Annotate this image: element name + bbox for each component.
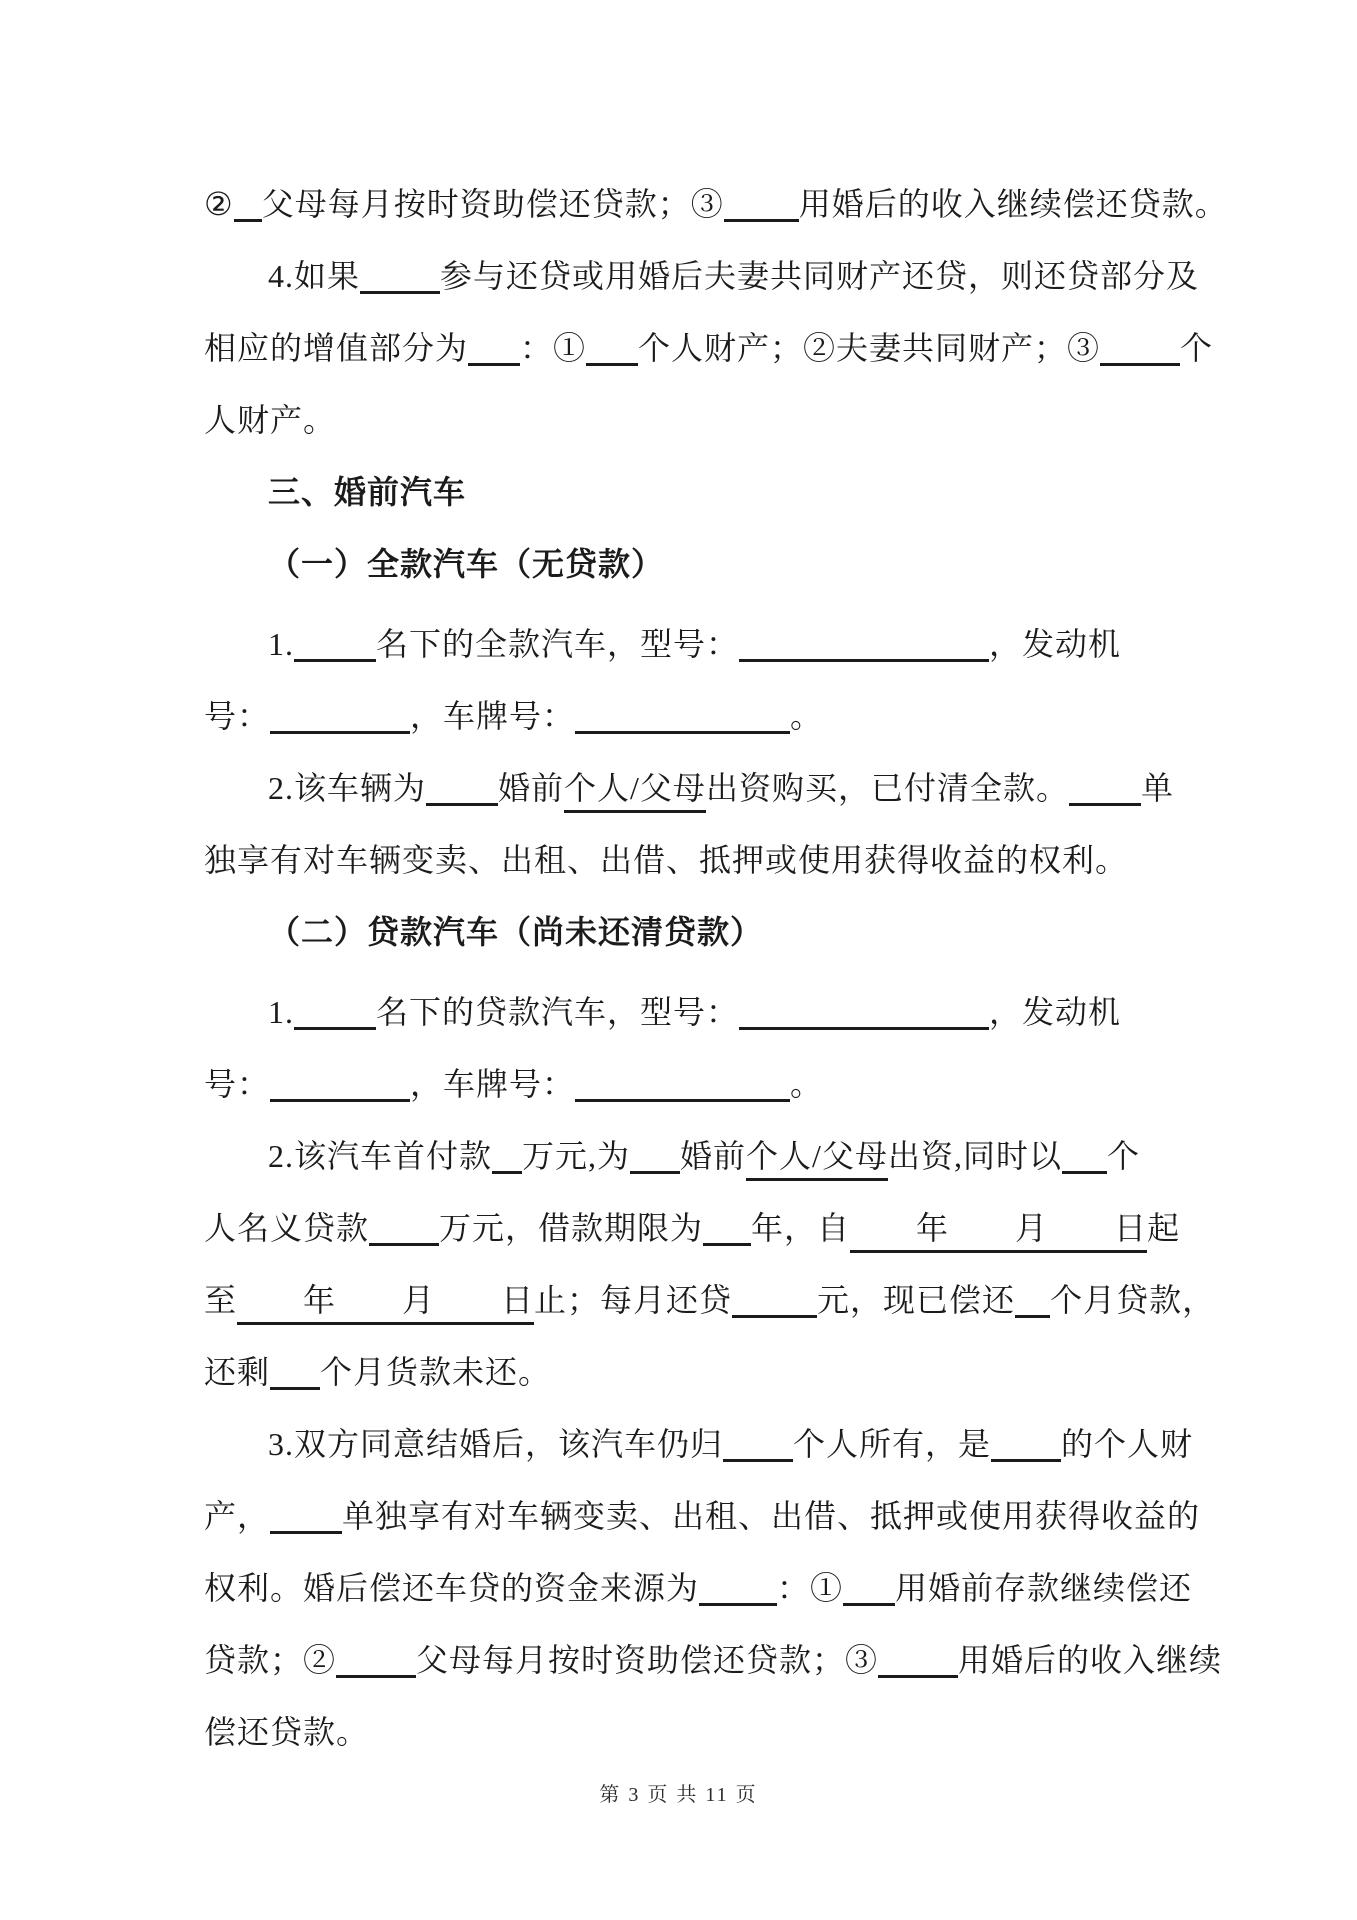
text-run: 。 [790, 698, 823, 734]
text-line: 3.双方同意结婚后，该汽车仍归个人所有，是的个人财 [204, 1408, 1164, 1480]
text-line: 产，单独享有对车辆变卖、出租、出借、抵押或使用获得收益的 [204, 1480, 1164, 1552]
text-run: 参与还贷或用婚后夫妻共同财产还贷，则还贷部分及 [440, 258, 1199, 294]
fill-in-blank[interactable] [270, 1069, 410, 1102]
fill-in-blank[interactable] [492, 1141, 522, 1174]
text-run: 独享有对车辆变卖、出租、出借、抵押或使用获得收益的权利。 [204, 842, 1128, 878]
page-footer: 第 3 页 共 11 页 [0, 1778, 1357, 1807]
fill-in-blank[interactable] [270, 1501, 342, 1534]
text-run: 父母每月按时资助偿还贷款；③ [416, 1642, 878, 1678]
text-run: 2.该车辆为 [268, 770, 426, 806]
text-run: 个 [1107, 1138, 1140, 1174]
fill-in-blank[interactable] [426, 773, 498, 806]
page-number-text: 第 3 页 共 11 页 [599, 1784, 757, 1806]
text-run: 万元,为 [522, 1138, 630, 1174]
text-run: 名下的全款汽车，型号： [376, 626, 739, 662]
text-run: 用婚后的收入继续偿还贷款。 [799, 186, 1228, 222]
text-run: 用婚后的收入继续 [958, 1642, 1222, 1678]
text-line: 2.该车辆为婚前个人/父母出资购买，已付清全款。单 [204, 752, 1164, 824]
text-run: 人财产。 [204, 402, 336, 438]
section-heading: （一）全款汽车（无贷款） [204, 528, 1164, 600]
text-line: 偿还贷款。 [204, 1696, 1164, 1768]
text-run: 4.如果 [268, 258, 360, 294]
underlined-choice: 年 月 日 [237, 1282, 534, 1325]
text-run: 元，现已偿还 [817, 1282, 1015, 1318]
text-line: 人名义贷款万元，借款期限为年，自 年 月 日起 [204, 1192, 1164, 1264]
text-run: ，车牌号： [410, 698, 575, 734]
text-line: 号：，车牌号：。 [204, 680, 1164, 752]
text-run: 单 [1141, 770, 1174, 806]
text-run: ，车牌号： [410, 1066, 575, 1102]
text-run: 至 [204, 1282, 237, 1318]
text-run: 用婚前存款继续偿还 [895, 1570, 1192, 1606]
text-line: 贷款；②父母每月按时资助偿还贷款；③用婚后的收入继续 [204, 1624, 1164, 1696]
fill-in-blank[interactable] [1069, 773, 1141, 806]
text-run: 止；每月还贷 [534, 1282, 732, 1318]
fill-in-blank[interactable] [575, 701, 790, 734]
text-run: 的个人财 [1061, 1426, 1193, 1462]
fill-in-blank[interactable] [270, 1357, 320, 1390]
underlined-choice: 个人/父母 [564, 770, 706, 813]
text-run: 贷款；② [204, 1642, 336, 1678]
text-run: 个人所有，是 [793, 1426, 991, 1462]
fill-in-blank[interactable] [991, 1429, 1061, 1462]
text-run: 1. [268, 994, 294, 1030]
text-line: 至 年 月 日止；每月还贷元，现已偿还个月贷款， [204, 1264, 1164, 1336]
fill-in-blank[interactable] [294, 997, 376, 1030]
text-run: 人名义贷款 [204, 1210, 369, 1246]
text-run: 权利。婚后偿还车贷的资金来源为 [204, 1570, 699, 1606]
fill-in-blank[interactable] [724, 189, 799, 222]
text-run: 出资购买，已付清全款。 [706, 770, 1069, 806]
section-heading: （二）贷款汽车（尚未还清贷款） [204, 896, 1164, 968]
section-heading: 三、婚前汽车 [204, 456, 1164, 528]
underlined-choice: 个人/父母 [746, 1138, 888, 1181]
text-run: （一）全款汽车（无贷款） [268, 546, 664, 582]
text-line: 1.名下的全款汽车，型号：，发动机 [204, 608, 1164, 680]
document-body: ②父母每月按时资助偿还贷款；③用婚后的收入继续偿还贷款。4.如果参与还贷或用婚后… [204, 168, 1164, 1768]
text-run: 出资,同时以 [888, 1138, 1062, 1174]
fill-in-blank[interactable] [703, 1213, 751, 1246]
text-run: 号： [204, 698, 270, 734]
text-run: 万元，借款期限为 [439, 1210, 703, 1246]
fill-in-blank[interactable] [739, 629, 989, 662]
fill-in-blank[interactable] [1015, 1285, 1050, 1318]
text-run: 单独享有对车辆变卖、出租、出借、抵押或使用获得收益的 [342, 1498, 1200, 1534]
text-run: 2.该汽车首付款 [268, 1138, 492, 1174]
fill-in-blank[interactable] [270, 701, 410, 734]
text-run: 偿还贷款。 [204, 1714, 369, 1750]
text-line: 4.如果参与还贷或用婚后夫妻共同财产还贷，则还贷部分及 [204, 240, 1164, 312]
text-run: 父母每月按时资助偿还贷款；③ [262, 186, 724, 222]
text-run: （二）贷款汽车（尚未还清贷款） [268, 914, 763, 950]
text-run: 3.双方同意结婚后，该汽车仍归 [268, 1426, 723, 1462]
text-run: ，发动机 [989, 626, 1121, 662]
text-line: 人财产。 [204, 384, 1164, 456]
fill-in-blank[interactable] [723, 1429, 793, 1462]
text-line: 独享有对车辆变卖、出租、出借、抵押或使用获得收益的权利。 [204, 824, 1164, 896]
text-run: 相应的增值部分为 [204, 330, 468, 366]
document-page: ②父母每月按时资助偿还贷款；③用婚后的收入继续偿还贷款。4.如果参与还贷或用婚后… [0, 0, 1357, 1920]
text-line: 相应的增值部分为：①个人财产；②夫妻共同财产；③个 [204, 312, 1164, 384]
fill-in-blank[interactable] [1100, 333, 1180, 366]
text-run: 个 [1180, 330, 1213, 366]
fill-in-blank[interactable] [468, 333, 520, 366]
fill-in-blank[interactable] [369, 1213, 439, 1246]
text-run: 。 [790, 1066, 823, 1102]
fill-in-blank[interactable] [336, 1645, 416, 1678]
text-run: ：① [520, 330, 586, 366]
fill-in-blank[interactable] [843, 1573, 895, 1606]
fill-in-blank[interactable] [699, 1573, 777, 1606]
text-line: ②父母每月按时资助偿还贷款；③用婚后的收入继续偿还贷款。 [204, 168, 1164, 240]
fill-in-blank[interactable] [1062, 1141, 1107, 1174]
text-run: 年，自 [751, 1210, 850, 1246]
fill-in-blank[interactable] [575, 1069, 790, 1102]
text-run: 个人财产；②夫妻共同财产；③ [638, 330, 1100, 366]
fill-in-blank[interactable] [739, 997, 989, 1030]
text-run: 产， [204, 1498, 270, 1534]
text-run: 1. [268, 626, 294, 662]
fill-in-blank[interactable] [234, 189, 262, 222]
text-line: 还剩个月货款未还。 [204, 1336, 1164, 1408]
text-run: 个月货款未还。 [320, 1354, 551, 1390]
text-line: 2.该汽车首付款万元,为婚前个人/父母出资,同时以个 [204, 1120, 1164, 1192]
text-run: 号： [204, 1066, 270, 1102]
text-run: 婚前 [498, 770, 564, 806]
text-run: 个月贷款， [1050, 1282, 1215, 1318]
fill-in-blank[interactable] [732, 1285, 817, 1318]
fill-in-blank[interactable] [360, 261, 440, 294]
text-run: ：① [777, 1570, 843, 1606]
text-run: 名下的贷款汽车，型号： [376, 994, 739, 1030]
text-run: ，发动机 [989, 994, 1121, 1030]
text-line: 权利。婚后偿还车贷的资金来源为：①用婚前存款继续偿还 [204, 1552, 1164, 1624]
fill-in-blank[interactable] [878, 1645, 958, 1678]
text-run: 三、婚前汽车 [268, 474, 466, 510]
text-line: 号：，车牌号：。 [204, 1048, 1164, 1120]
text-run: 起 [1147, 1210, 1180, 1246]
underlined-choice: 年 月 日 [850, 1210, 1147, 1253]
fill-in-blank[interactable] [294, 629, 376, 662]
text-run: 婚前 [680, 1138, 746, 1174]
fill-in-blank[interactable] [586, 333, 638, 366]
fill-in-blank[interactable] [630, 1141, 680, 1174]
text-run: ② [204, 186, 234, 222]
text-run: 还剩 [204, 1354, 270, 1390]
text-line: 1.名下的贷款汽车，型号：，发动机 [204, 976, 1164, 1048]
